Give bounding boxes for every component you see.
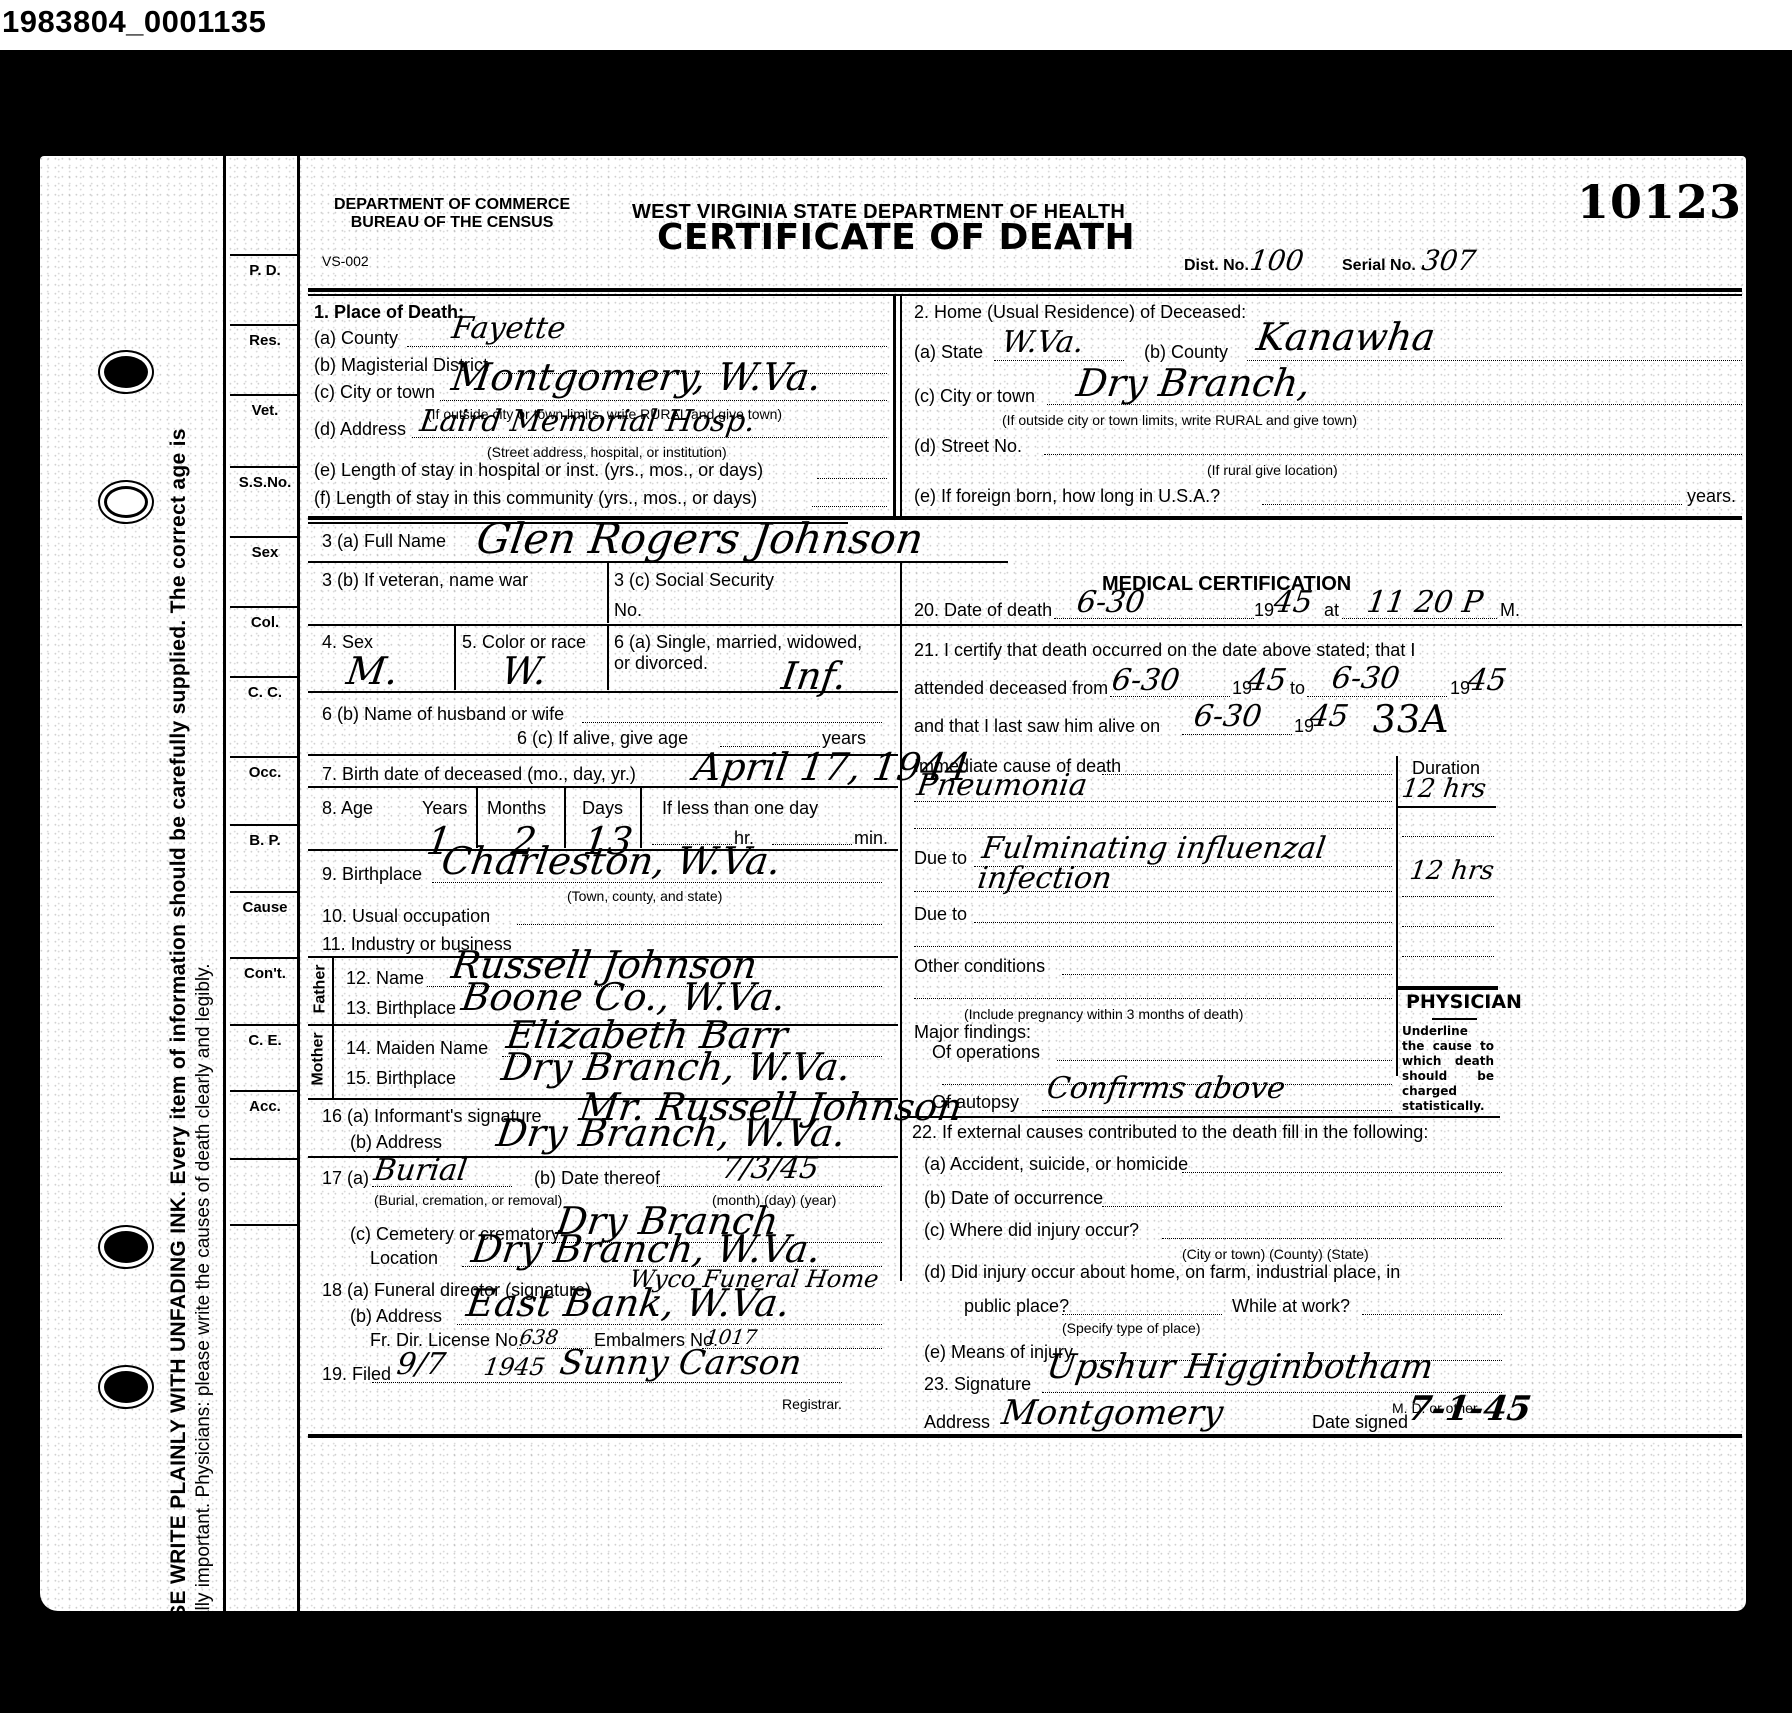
code-blank: [230, 1158, 300, 1228]
dotted-line: [657, 1186, 882, 1187]
attended-to[interactable]: 6-30: [1330, 664, 1402, 694]
home-state-label: (a) State: [914, 342, 983, 362]
physician-signature[interactable]: Upshur Higginbotham: [1045, 1352, 1435, 1382]
punch-hole-icon: [104, 1231, 148, 1263]
filed-value[interactable]: 9/7: [395, 1350, 447, 1380]
duration-2[interactable]: 12 hrs: [1408, 856, 1496, 886]
informant-address-value[interactable]: Dry Branch, W.Va.: [495, 1118, 848, 1148]
code-occ: Occ.: [230, 756, 300, 826]
dotted-line: [914, 801, 1392, 802]
work-label: While at work?: [1232, 1296, 1350, 1316]
birthplace-label: 9. Birthplace: [322, 864, 422, 884]
external-c-hint: (City or town) (County) (State): [1182, 1244, 1369, 1264]
code-cause: Cause: [230, 891, 300, 961]
code-res: Res.: [230, 324, 300, 394]
census-dept: DEPARTMENT OF COMMERCE BUREAU OF THE CEN…: [334, 196, 570, 232]
duration-1[interactable]: 12 hrs: [1400, 774, 1488, 804]
father-birthplace-value[interactable]: Boone Co., W.Va.: [460, 982, 788, 1012]
external-c-label: (c) Where did injury occur?: [924, 1220, 1139, 1240]
months-label: Months: [487, 798, 546, 818]
county-value[interactable]: Fayette: [450, 314, 567, 344]
divider: [308, 624, 1742, 626]
to-label: to: [1290, 678, 1305, 698]
divider: [308, 561, 1008, 563]
pregnancy-hint: (Include pregnancy within 3 months of de…: [964, 1004, 1243, 1024]
marital-label2: or divorced.: [614, 653, 708, 673]
stay-hospital-label: (e) Length of stay in hospital or inst. …: [314, 460, 763, 480]
punch-hole-icon: [104, 1371, 148, 1403]
burial-type-value[interactable]: Burial: [372, 1156, 469, 1186]
burial-date-value[interactable]: 7/3/45: [720, 1154, 821, 1184]
time-value[interactable]: 11 20 P: [1365, 588, 1485, 618]
due-to-label-2: Due to: [914, 904, 967, 924]
dist-value[interactable]: 100: [1248, 246, 1306, 276]
code-ce: C. E.: [230, 1024, 300, 1094]
county-label: (a) County: [314, 328, 398, 348]
father-name-label: 12. Name: [346, 968, 424, 988]
image-id-label: 1983804_0001135: [2, 4, 266, 40]
divider: [308, 294, 1742, 296]
race-value[interactable]: W.: [500, 656, 549, 686]
external-heading: 22. If external causes contributed to th…: [912, 1122, 1428, 1142]
date-of-death-value[interactable]: 6-30: [1075, 588, 1147, 618]
certify-line1: 21. I certify that death occurred on the…: [914, 640, 1415, 660]
attended-from[interactable]: 6-30: [1110, 666, 1182, 696]
signature-address-value[interactable]: Montgomery: [1000, 1398, 1225, 1428]
home-city-value[interactable]: Dry Branch,: [1075, 368, 1312, 398]
physician-box-title: PHYSICIAN: [1406, 992, 1522, 1012]
code-pd: P. D.: [230, 254, 300, 324]
dotted-line: [914, 828, 1392, 829]
dotted-line: [1062, 1314, 1222, 1315]
date-of-death-year[interactable]: 45: [1272, 588, 1314, 618]
marital-label: 6 (a) Single, married, widowed,: [614, 632, 862, 652]
annotation: 33A: [1370, 704, 1450, 734]
attended-from-year[interactable]: 45: [1246, 666, 1288, 696]
dotted-line: [1182, 734, 1292, 735]
divider: [607, 561, 609, 623]
ssn-label: 3 (c) Social Security: [614, 570, 774, 590]
date-of-death-label: 20. Date of death: [914, 600, 1052, 620]
veteran-label: 3 (b) If veteran, name war: [322, 570, 528, 590]
dotted-line: [817, 478, 887, 479]
immediate-cause-value[interactable]: Pneumonia: [915, 771, 1089, 801]
burial-date-label: (b) Date thereof: [534, 1168, 660, 1188]
min-label: min.: [854, 828, 888, 848]
birthplace-value[interactable]: Charleston, W.Va.: [440, 846, 783, 876]
code-blank: [230, 1224, 300, 1294]
code-bp: B. P.: [230, 824, 300, 894]
home-state-value[interactable]: W.Va.: [1000, 328, 1086, 358]
divider: [607, 624, 609, 690]
marital-value[interactable]: Inf.: [780, 661, 848, 691]
serial-label: Serial No.: [1342, 256, 1416, 276]
date-signed-label: Date signed: [1312, 1412, 1408, 1432]
foreign-label: (e) If foreign born, how long in U.S.A.?: [914, 486, 1220, 506]
divider: [1396, 986, 1498, 990]
date-signed-value[interactable]: 7-1-45: [1406, 1394, 1533, 1424]
dotted-line: [1247, 360, 1742, 361]
mother-birthplace-value[interactable]: Dry Branch, W.Va.: [500, 1052, 853, 1082]
home-city-label: (c) City or town: [914, 386, 1035, 406]
home-county-label: (b) County: [1144, 342, 1228, 362]
signature-label: 23. Signature: [924, 1374, 1031, 1394]
mother-tab: Mother: [310, 1024, 334, 1098]
code-sex: Sex: [230, 536, 300, 606]
attended-label: attended deceased from: [914, 678, 1108, 698]
dotted-line: [812, 506, 887, 507]
full-name-label: 3 (a) Full Name: [322, 531, 446, 551]
dotted-line: [1042, 1110, 1392, 1111]
page-title: CERTIFICATE OF DEATH: [657, 228, 1135, 248]
dotted-line: [1362, 1314, 1502, 1315]
home-street-label: (d) Street No.: [914, 436, 1022, 456]
filed-label: 19. Filed: [322, 1364, 391, 1384]
code-acc: Acc.: [230, 1090, 300, 1160]
binding-strip: PLEASE WRITE PLAINLY WITH UNFADING INK. …: [40, 156, 226, 1611]
last-saw-label: and that I last saw him alive on: [914, 716, 1160, 736]
certificate-number: 10123: [1577, 192, 1742, 212]
external-d-label2: public place?: [964, 1296, 1069, 1316]
registrar-label: Registrar.: [782, 1394, 842, 1414]
ssn-label2: No.: [614, 600, 642, 620]
address-value[interactable]: Laird Memorial Hosp.: [418, 407, 757, 437]
spouse-label: 6 (b) Name of husband or wife: [322, 704, 564, 724]
foreign-suffix: years.: [1687, 486, 1736, 506]
divider: [454, 624, 456, 690]
director-address-value[interactable]: East Bank, W.Va.: [465, 1288, 792, 1318]
dotted-line: [772, 844, 852, 845]
place-of-death-heading: 1. Place of Death:: [314, 302, 464, 322]
dotted-line: [1182, 1172, 1502, 1173]
dept-line1: DEPARTMENT OF COMMERCE: [334, 196, 570, 214]
dotted-line: [1262, 504, 1682, 505]
filed-year[interactable]: 1945: [482, 1352, 547, 1382]
last-saw-value[interactable]: 6-30: [1192, 702, 1264, 732]
dotted-line: [407, 346, 887, 347]
code-vet: Vet.: [230, 394, 300, 464]
dotted-line: [914, 891, 1392, 892]
home-city-hint: (If outside city or town limits, write R…: [1002, 410, 1357, 430]
due-to-value[interactable]: Fulminating influenzal infection: [976, 834, 1404, 894]
home-county-value[interactable]: Kanawha: [1255, 322, 1437, 352]
death-certificate: PLEASE WRITE PLAINLY WITH UNFADING INK. …: [40, 156, 1746, 1611]
city-label: (c) City or town: [314, 382, 435, 402]
instructions-bold: PLEASE WRITE PLAINLY WITH UNFADING INK.: [167, 1191, 190, 1676]
punch-hole-icon: [104, 356, 148, 388]
mother-birthplace-label: 15. Birthplace: [346, 1068, 456, 1088]
operations-label: Of operations: [932, 1042, 1040, 1062]
dotted-line: [517, 924, 882, 925]
external-d-hint: (Specify type of place): [1062, 1318, 1201, 1338]
other-conditions-label: Other conditions: [914, 956, 1045, 976]
mother-tab-label: Mother: [310, 1032, 328, 1085]
instructions-rest: Every item of information should be care…: [167, 428, 190, 1190]
dotted-line: [1057, 1060, 1392, 1061]
father-tab: Father: [310, 956, 334, 1024]
home-heading: 2. Home (Usual Residence) of Deceased:: [914, 302, 1246, 322]
dotted-line: [1402, 926, 1494, 927]
divider: [1396, 756, 1398, 1076]
last-saw-year[interactable]: 45: [1308, 702, 1350, 732]
coding-column: P. D. Res. Vet. S.S.No. Sex Col. C. C. O…: [230, 156, 300, 1611]
dotted-line: [1102, 774, 1392, 775]
birthplace-hint: (Town, county, and state): [567, 886, 722, 906]
city-value[interactable]: Montgomery, W.Va.: [450, 362, 823, 392]
home-street-hint: (If rural give location): [1207, 460, 1338, 480]
dotted-line: [1044, 454, 1742, 455]
major-findings-label: Major findings:: [914, 1022, 1031, 1042]
code-cc: C. C.: [230, 676, 300, 746]
dotted-line: [1402, 836, 1494, 837]
less-than-day-label: If less than one day: [662, 798, 818, 818]
dist-label: Dist. No.: [1184, 256, 1249, 276]
full-name-value[interactable]: Glen Rogers Johnson: [475, 524, 925, 554]
serial-value[interactable]: 307: [1420, 246, 1478, 276]
father-birthplace-label: 13. Birthplace: [346, 998, 456, 1018]
divider: [308, 288, 1742, 292]
location-label: Location: [370, 1248, 438, 1268]
image-id-bar: 1983804_0001135: [0, 0, 1792, 50]
burial-type-hint: (Burial, cremation, or removal): [374, 1190, 562, 1210]
divider: [900, 561, 902, 1281]
dotted-line: [1402, 896, 1494, 897]
divider: [308, 786, 898, 788]
divider: [1432, 1018, 1477, 1020]
due-to-label: Due to: [914, 848, 967, 868]
address-hint: (Street address, hospital, or institutio…: [487, 442, 727, 462]
divider: [308, 1434, 1742, 1438]
m-suffix: M.: [1500, 600, 1520, 620]
stay-community-label: (f) Length of stay in this community (yr…: [314, 488, 757, 508]
age-label: 8. Age: [322, 798, 373, 818]
dotted-line: [914, 946, 1392, 947]
form-body: DEPARTMENT OF COMMERCE BUREAU OF THE CEN…: [302, 156, 1746, 1611]
dotted-line: [1102, 1206, 1502, 1207]
divider: [893, 294, 896, 516]
code-cont: Con't.: [230, 957, 300, 1027]
external-a-label: (a) Accident, suicide, or homicide: [924, 1154, 1188, 1174]
instructions-line2: especially important. Physicians: please…: [192, 376, 216, 1676]
form-code: VS-002: [322, 251, 369, 271]
autopsy-value[interactable]: Confirms above: [1045, 1074, 1287, 1104]
dotted-line: [1402, 956, 1494, 957]
dotted-line: [914, 998, 1392, 999]
external-d-label: (d) Did injury occur about home, on farm…: [924, 1262, 1400, 1282]
external-b-label: (b) Date of occurrence: [924, 1188, 1103, 1208]
divider: [900, 1116, 1500, 1118]
days-label: Days: [582, 798, 623, 818]
divider: [308, 691, 898, 693]
location-value[interactable]: Dry Branch, W.Va.: [470, 1234, 823, 1264]
divider: [900, 294, 902, 516]
code-col: Col.: [230, 606, 300, 676]
sex-value[interactable]: M.: [345, 656, 400, 686]
address-label: (d) Address: [314, 419, 406, 439]
registrar-signature[interactable]: Sunny Carson: [558, 1348, 804, 1378]
dotted-line: [1062, 974, 1392, 975]
director-address-label: (b) Address: [350, 1306, 442, 1326]
dotted-line: [1162, 1238, 1502, 1239]
signature-address-label: Address: [924, 1412, 990, 1432]
years-label: Years: [422, 798, 467, 818]
informant-address-label: (b) Address: [350, 1132, 442, 1152]
at-label: at: [1324, 600, 1339, 620]
punch-hole-ring-icon: [104, 486, 148, 518]
burial-type-label: 17 (a): [322, 1168, 369, 1188]
dotted-line: [582, 722, 882, 723]
occupation-label: 10. Usual occupation: [322, 906, 490, 926]
spouse-age-label: 6 (c) If alive, give age: [517, 728, 688, 748]
dotted-line: [974, 922, 1392, 923]
attended-to-year[interactable]: 45: [1466, 666, 1508, 696]
father-tab-label: Father: [311, 965, 329, 1014]
dept-line2: BUREAU OF THE CENSUS: [334, 214, 570, 232]
dotted-line: [440, 400, 887, 401]
physician-box-text: Underline the cause to which death shoul…: [1402, 1024, 1494, 1114]
code-ssno: S.S.No.: [230, 466, 300, 536]
mother-name-label: 14. Maiden Name: [346, 1038, 488, 1058]
birth-date-label: 7. Birth date of deceased (mo., day, yr.…: [322, 764, 636, 784]
divider: [1396, 806, 1496, 808]
instructions-side-text: PLEASE WRITE PLAINLY WITH UNFADING INK. …: [166, 376, 216, 1676]
